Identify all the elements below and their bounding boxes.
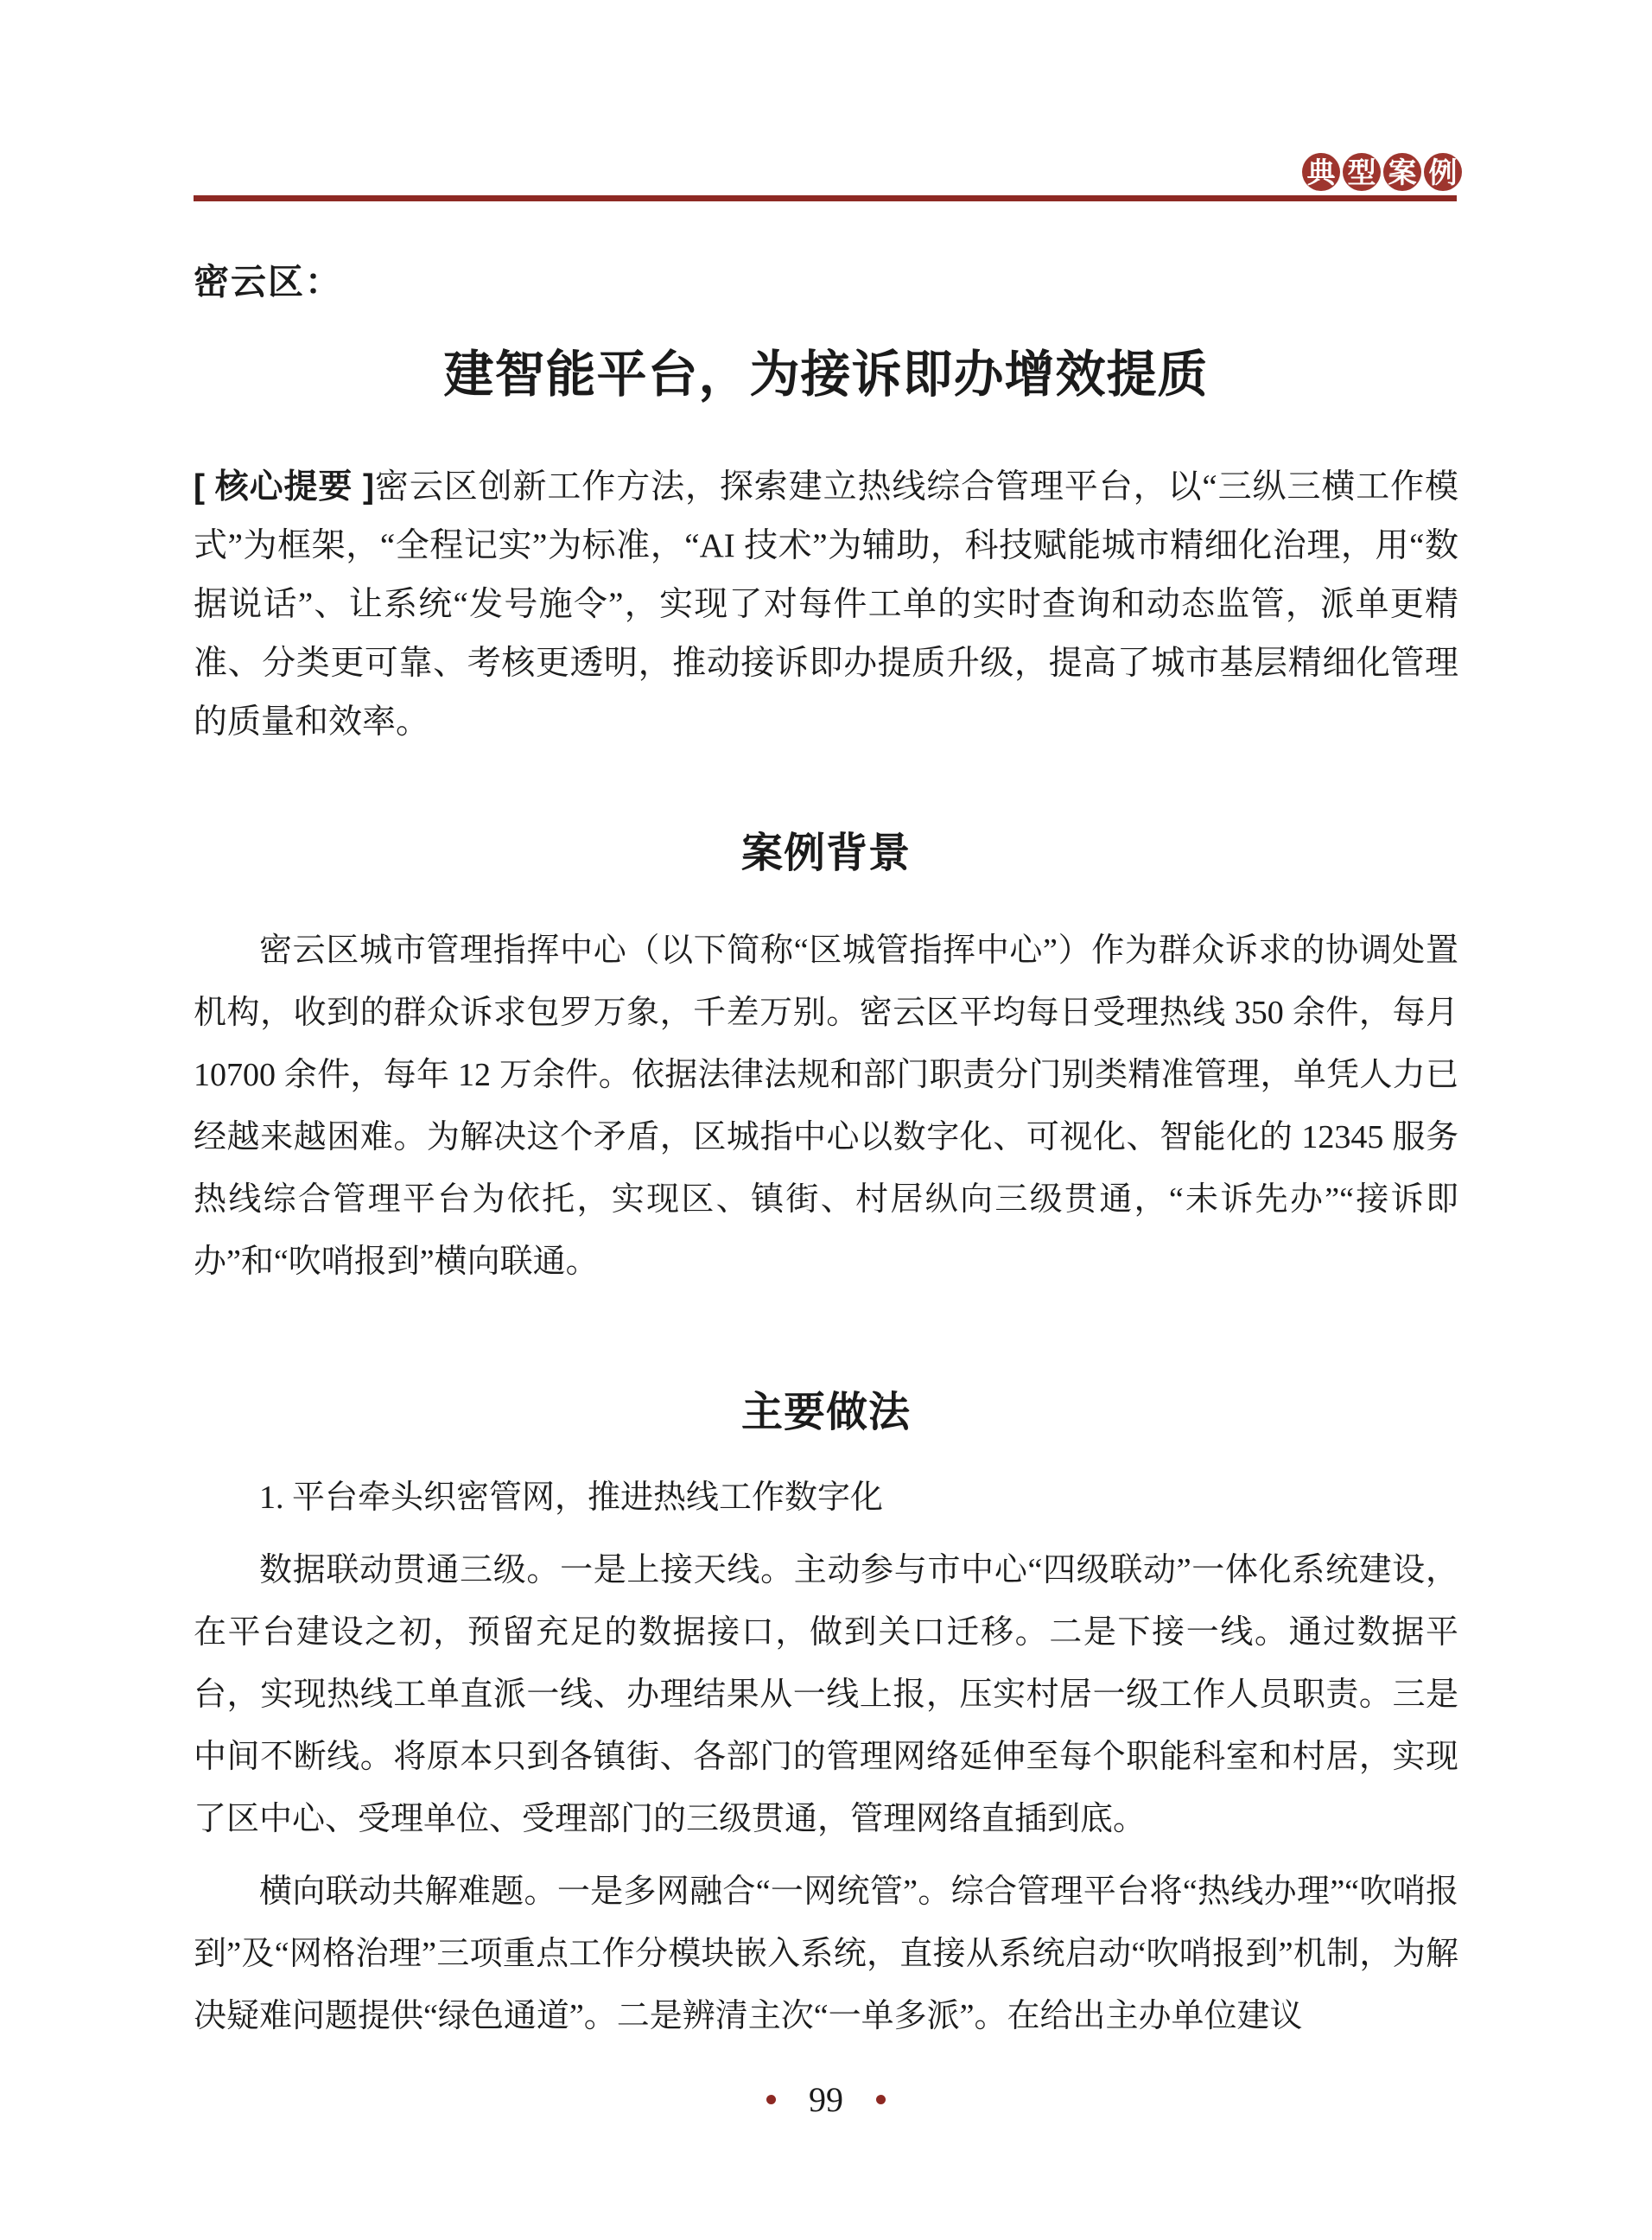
page-number: 99 bbox=[809, 2079, 843, 2120]
badge-circle-icon: 例 bbox=[1424, 153, 1462, 191]
section-heading-background: 案例背景 bbox=[0, 819, 1652, 879]
core-summary: [ 核心提要 ]密云区创新工作方法，探索建立热线综合管理平台，以“三纵三横工作模… bbox=[194, 458, 1458, 752]
core-summary-text: 密云区创新工作方法，探索建立热线综合管理平台，以“三纵三横工作模式”为框架，“全… bbox=[194, 468, 1458, 741]
footer-dot-icon bbox=[876, 2095, 886, 2104]
page-footer: 99 bbox=[0, 2079, 1652, 2120]
methods-paragraph-2: 横向联动共解难题。一是多网融合“一网统管”。综合管理平台将“热线办理”“吹哨报到… bbox=[194, 1861, 1458, 2047]
section-heading-methods: 主要做法 bbox=[0, 1378, 1652, 1438]
methods-paragraph-1: 数据联动贯通三级。一是上接天线。主动参与市中心“四级联动”一体化系统建设，在平台… bbox=[194, 1539, 1458, 1850]
document-page: 典 型 案 例 密云区： 建智能平台，为接诉即办增效提质 [ 核心提要 ]密云区… bbox=[0, 0, 1652, 2240]
header-badge: 典 型 案 例 bbox=[1302, 153, 1462, 191]
page-title: 建智能平台，为接诉即办增效提质 bbox=[0, 334, 1652, 406]
footer-dot-icon bbox=[766, 2095, 776, 2104]
badge-circle-icon: 典 bbox=[1302, 153, 1340, 191]
badge-circle-icon: 型 bbox=[1343, 153, 1381, 191]
badge-circle-icon: 案 bbox=[1383, 153, 1421, 191]
background-paragraph: 密云区城市管理指挥中心（以下简称“区城管指挥中心”）作为群众诉求的协调处置机构，… bbox=[194, 920, 1458, 1293]
header-rule bbox=[194, 195, 1457, 201]
methods-subheading: 1. 平台牵头织密管网，推进热线工作数字化 bbox=[194, 1477, 1458, 1518]
core-summary-label: [ 核心提要 ] bbox=[194, 468, 374, 506]
region-label: 密云区： bbox=[194, 253, 342, 304]
